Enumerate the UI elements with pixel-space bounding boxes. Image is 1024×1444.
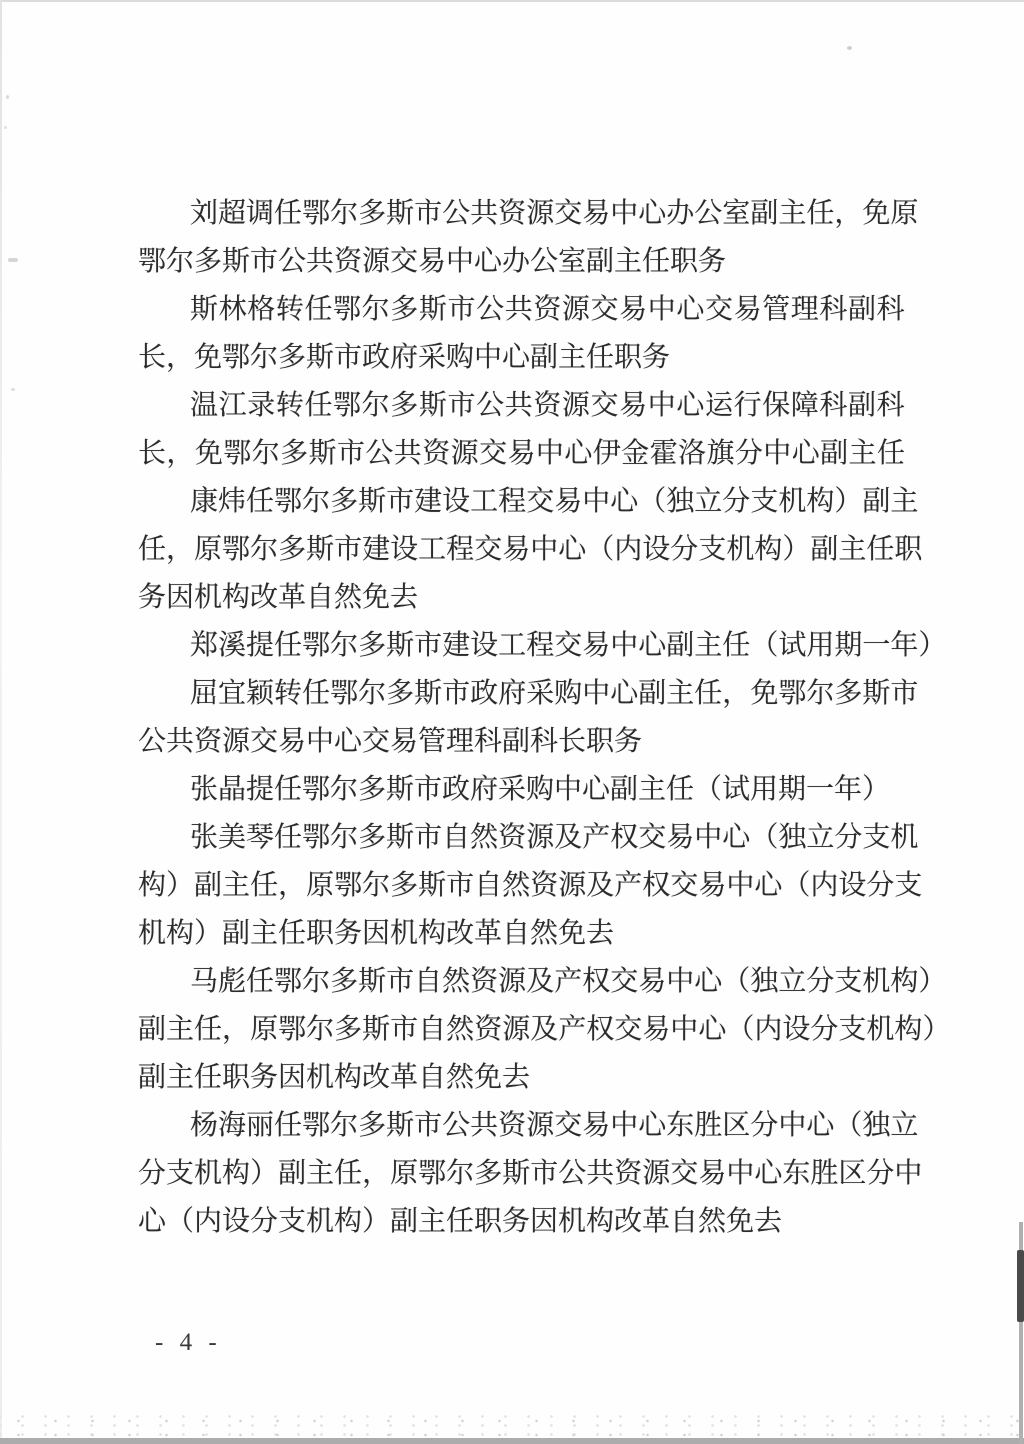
text-line: 长，免鄂尔多斯市政府采购中心副主任职务 [138, 334, 905, 382]
scan-edge-top [0, 0, 1024, 2]
scan-edge-left [0, 0, 2, 1444]
document-page: 刘超调任鄂尔多斯市公共资源交易中心办公室副主任，免原鄂尔多斯市公共资源交易中心办… [0, 0, 1024, 1444]
scan-edge-bottom [0, 1438, 1024, 1444]
text-line: 分支机构）副主任，原鄂尔多斯市公共资源交易中心东胜区分中 [138, 1150, 905, 1198]
text-line: 公共资源交易中心交易管理科副科长职务 [138, 718, 905, 766]
text-line: 温江录转任鄂尔多斯市公共资源交易中心运行保障科副科 [190, 382, 905, 430]
text-line: 任，原鄂尔多斯市建设工程交易中心（内设分支机构）副主任职 [138, 526, 905, 574]
scan-edge-right-mark [1017, 1250, 1024, 1322]
scan-speck [11, 388, 15, 391]
text-line: 务因机构改革自然免去 [138, 574, 905, 622]
text-line: 鄂尔多斯市公共资源交易中心办公室副主任职务 [138, 238, 905, 286]
text-line: 郑溪提任鄂尔多斯市建设工程交易中心副主任（试用期一年） [190, 622, 905, 670]
scan-speckle-band [0, 1414, 1024, 1438]
text-line: 副主任职务因机构改革自然免去 [138, 1054, 905, 1102]
text-line: 心（内设分支机构）副主任职务因机构改革自然免去 [138, 1198, 905, 1246]
text-line: 康炜任鄂尔多斯市建设工程交易中心（独立分支机构）副主 [190, 478, 905, 526]
text-line: 斯林格转任鄂尔多斯市公共资源交易中心交易管理科副科 [190, 286, 905, 334]
text-line: 构）副主任，原鄂尔多斯市自然资源及产权交易中心（内设分支 [138, 862, 905, 910]
scan-speck [4, 126, 7, 129]
text-line: 机构）副主任职务因机构改革自然免去 [138, 910, 905, 958]
scan-speck [8, 258, 18, 262]
text-line: 张晶提任鄂尔多斯市政府采购中心副主任（试用期一年） [190, 766, 905, 814]
text-line: 杨海丽任鄂尔多斯市公共资源交易中心东胜区分中心（独立 [190, 1102, 905, 1150]
page-number: - 4 - [155, 1326, 222, 1360]
document-body: 刘超调任鄂尔多斯市公共资源交易中心办公室副主任，免原鄂尔多斯市公共资源交易中心办… [138, 190, 905, 1246]
scan-speck [847, 46, 852, 50]
text-line: 刘超调任鄂尔多斯市公共资源交易中心办公室副主任，免原 [190, 190, 905, 238]
text-line: 屈宜颖转任鄂尔多斯市政府采购中心副主任，免鄂尔多斯市 [190, 670, 905, 718]
text-line: 副主任，原鄂尔多斯市自然资源及产权交易中心（内设分支机构） [138, 1006, 905, 1054]
text-line: 马彪任鄂尔多斯市自然资源及产权交易中心（独立分支机构） [190, 958, 905, 1006]
scan-speck [6, 95, 9, 99]
text-line: 张美琴任鄂尔多斯市自然资源及产权交易中心（独立分支机 [190, 814, 905, 862]
text-line: 长，免鄂尔多斯市公共资源交易中心伊金霍洛旗分中心副主任 [138, 430, 905, 478]
